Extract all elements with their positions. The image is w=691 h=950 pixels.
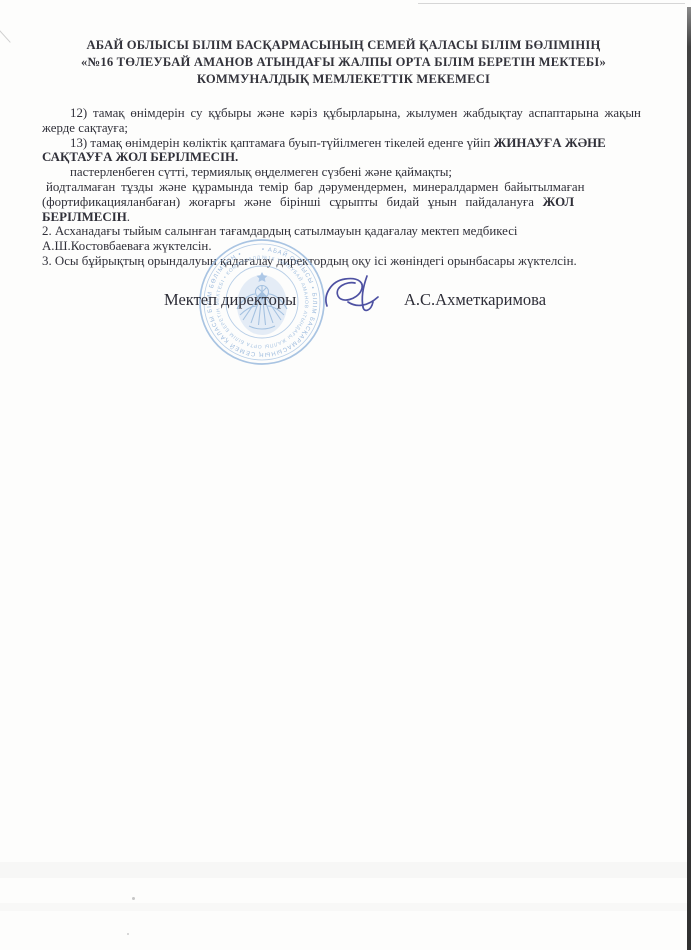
body-text-bold: БЕРІЛМЕСІН [42,210,127,224]
body-text: (фортификацияланбаған) жоғарғы және бірі… [42,195,543,209]
signature-scribble [320,271,396,325]
body-line: 2. Асханадағы тыйым салынған тағамдардың… [42,224,648,239]
body-line: жерде сақтауға; [42,121,648,136]
header-line-3: КОММУНАЛДЫҚ МЕМЛЕКЕТТІК МЕКЕМЕСІ [30,71,657,88]
scan-edge-right-artifact [687,7,691,950]
scan-dot-artifact [132,897,135,900]
scan-noise-band [0,903,687,911]
scan-noise-band [0,862,687,878]
signer-role: Мектеп директоры [164,290,296,310]
header-line-1: АБАЙ ОБЛЫСЫ БІЛІМ БАСҚАРМАСЫНЫҢ СЕМЕЙ ҚА… [30,37,657,54]
scan-dot-artifact [127,933,129,935]
scanned-document-page: АБАЙ ОБЛЫСЫ БІЛІМ БАСҚАРМАСЫНЫҢ СЕМЕЙ ҚА… [0,0,691,950]
body-line: САҚТАУҒА ЖОЛ БЕРІЛМЕСІН. [42,150,648,165]
scan-scratch-artifact [0,30,11,43]
body-line: йодталмаған тұзды және құрамында темір б… [42,180,648,195]
body-line: А.Ш.Костовбаеваға жүктелсін. [42,239,648,254]
body-line: 13) тамақ өнімдерін көліктік қаптамаға б… [42,136,648,151]
body-line: 3. Осы бұйрықтың орындалуын қадағалау ди… [42,254,648,269]
body-text: . [127,210,130,224]
document-body: 12) тамақ өнімдерін су құбыры және кәріз… [42,106,648,269]
scan-edge-top-artifact [418,3,685,4]
signer-name: А.С.Ахметкаримова [404,290,546,310]
body-line: БЕРІЛМЕСІН. [42,210,648,225]
body-line: (фортификацияланбаған) жоғарғы және бірі… [42,195,648,210]
body-text: 13) тамақ өнімдерін көліктік қаптамаға б… [70,136,494,150]
body-text-bold: ЖИНАУҒА ЖӘНЕ [494,136,606,150]
body-text-bold: ЖОЛ [543,195,574,209]
body-line: 12) тамақ өнімдерін су құбыры және кәріз… [42,106,648,121]
document-header: АБАЙ ОБЛЫСЫ БІЛІМ БАСҚАРМАСЫНЫҢ СЕМЕЙ ҚА… [30,37,657,88]
header-line-2: «№16 ТӨЛЕУБАЙ АМАНОВ АТЫНДАҒЫ ЖАЛПЫ ОРТА… [30,54,657,71]
body-line: пастерленбеген сүтті, термиялық өңделмег… [42,165,648,180]
